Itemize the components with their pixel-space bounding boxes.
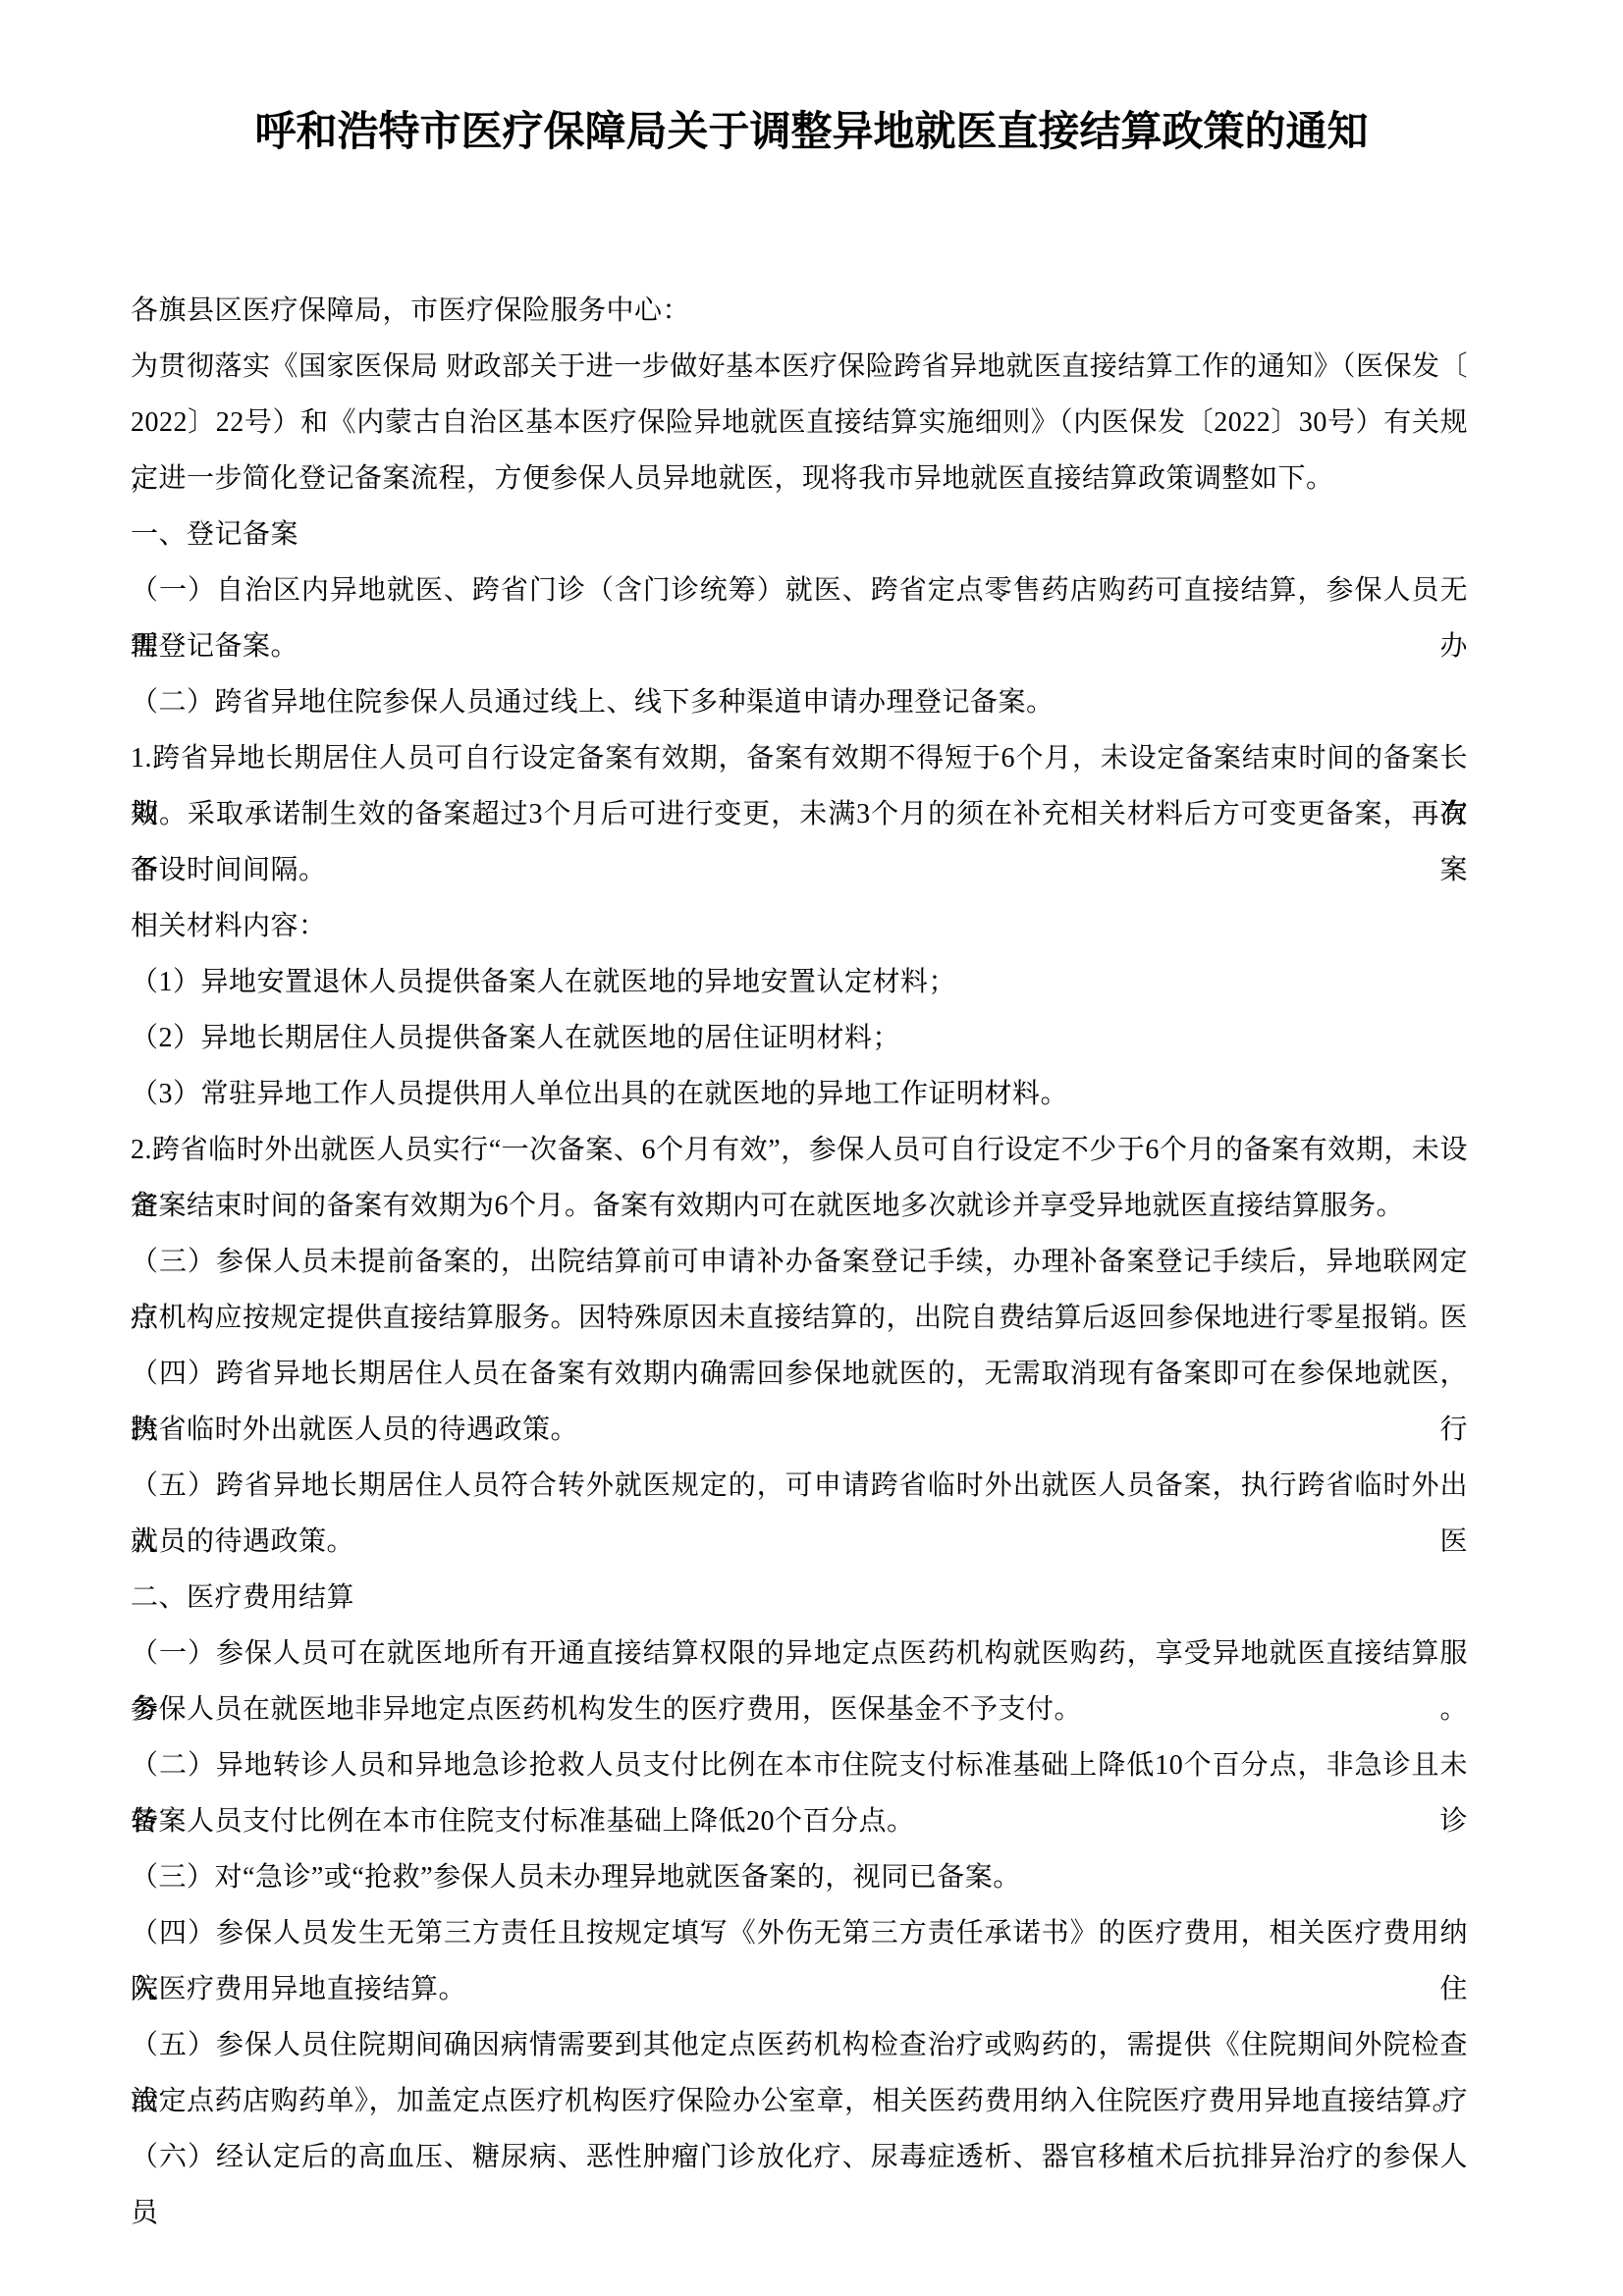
document-line: （三）对“急诊”或“抢救”参保人员未办理异地就医备案的，视同已备案。 <box>131 1849 1468 1905</box>
document-line: 疗机构应按规定提供直接结算服务。因特殊原因未直接结算的，出院自费结算后返回参保地… <box>131 1290 1468 1346</box>
document-line: 1.跨省异地长期居住人员可自行设定备案有效期，备案有效期不得短于6个月，未设定备… <box>131 730 1468 786</box>
document-body: 各旗县区医疗保障局，市医疗保险服务中心：为贯彻落实《国家医保局 财政部关于进一步… <box>131 283 1468 2185</box>
document-line: （六）经认定后的高血压、糖尿病、恶性肿瘤门诊放化疗、尿毒症透析、器官移植术后抗排… <box>131 2129 1468 2185</box>
document-line: （一）自治区内异地就医、跨省门诊（含门诊统筹）就医、跨省定点零售药店购药可直接结… <box>131 562 1468 618</box>
document-line: 为贯彻落实《国家医保局 财政部关于进一步做好基本医疗保险跨省异地就医直接结算工作… <box>131 339 1468 395</box>
document-line: （四）参保人员发生无第三方责任且按规定填写《外伤无第三方责任承诺书》的医疗费用，… <box>131 1905 1468 1961</box>
document-line: 一、登记备案 <box>131 507 1468 562</box>
document-line: ，进一步简化登记备案流程，方便参保人员异地就医，现将我市异地就医直接结算政策调整… <box>131 451 1468 507</box>
document-line: 或定点药店购药单》，加盖定点医疗机构医疗保险办公室章，相关医药费用纳入住院医疗费… <box>131 2073 1468 2129</box>
document-line: 效。采取承诺制生效的备案超过3个月后可进行变更，未满3个月的须在补充相关材料后方… <box>131 786 1468 842</box>
document-line: （五）跨省异地长期居住人员符合转外就医规定的，可申请跨省临时外出就医人员备案，执… <box>131 1458 1468 1514</box>
document-title: 呼和浩特市医疗保障局关于调整异地就医直接结算政策的通知 <box>0 108 1623 157</box>
document-page: 呼和浩特市医疗保障局关于调整异地就医直接结算政策的通知 各旗县区医疗保障局，市医… <box>0 0 1623 2296</box>
document-line: （四）跨省异地长期居住人员在备案有效期内确需回参保地就医的，无需取消现有备案即可… <box>131 1346 1468 1402</box>
document-line: 备案结束时间的备案有效期为6个月。备案有效期内可在就医地多次就诊并享受异地就医直… <box>131 1178 1468 1234</box>
document-line: （三）参保人员未提前备案的，出院结算前可申请补办备案登记手续，办理补备案登记手续… <box>131 1234 1468 1290</box>
document-line: 各旗县区医疗保障局，市医疗保险服务中心： <box>131 283 1468 339</box>
document-line: （2）异地长期居住人员提供备案人在就医地的居住证明材料； <box>131 1010 1468 1066</box>
document-line: （1）异地安置退休人员提供备案人在就医地的异地安置认定材料； <box>131 954 1468 1010</box>
document-line: （二）跨省异地住院参保人员通过线上、线下多种渠道申请办理登记备案。 <box>131 674 1468 730</box>
document-line: 2022〕22号）和《内蒙古自治区基本医疗保险异地就医直接结算实施细则》（内医保… <box>131 395 1468 451</box>
document-line: 二、医疗费用结算 <box>131 1570 1468 1626</box>
document-line: 相关材料内容： <box>131 898 1468 954</box>
document-line: （五）参保人员住院期间确因病情需要到其他定点医药机构检查治疗或购药的，需提供《住… <box>131 2017 1468 2073</box>
document-line: （3）常驻异地工作人员提供用人单位出具的在就医地的异地工作证明材料。 <box>131 1066 1468 1122</box>
document-line: （一）参保人员可在就医地所有开通直接结算权限的异地定点医药机构就医购药，享受异地… <box>131 1626 1468 1682</box>
document-line: （二）异地转诊人员和异地急诊抢救人员支付比例在本市住院支付标准基础上降低10个百… <box>131 1737 1468 1793</box>
document-line: 2.跨省临时外出就医人员实行“一次备案、6个月有效”，参保人员可自行设定不少于6… <box>131 1122 1468 1178</box>
